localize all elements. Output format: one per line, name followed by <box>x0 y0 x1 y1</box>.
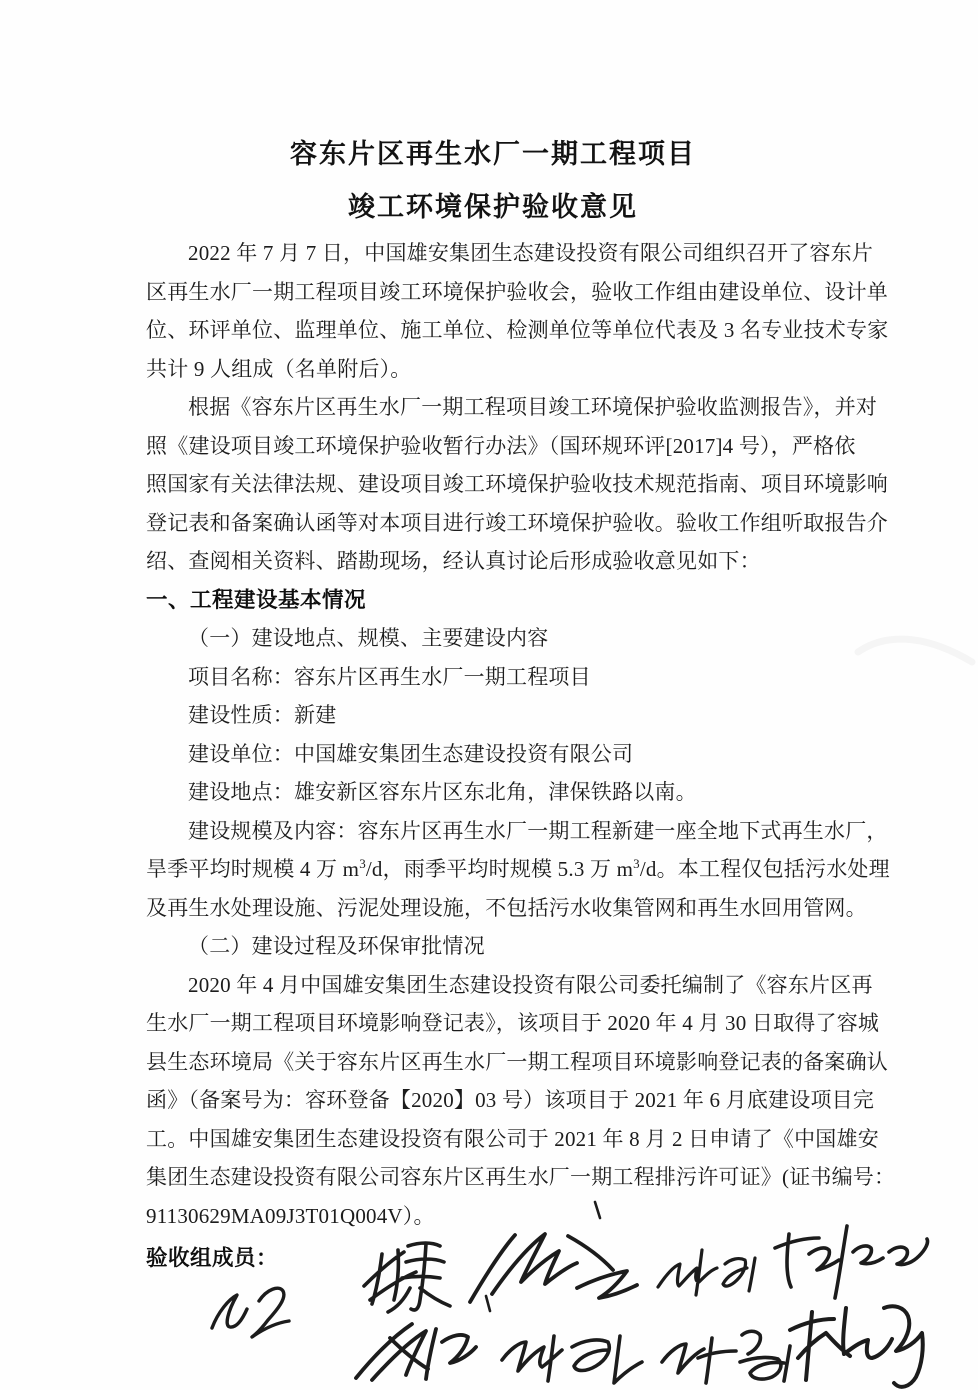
signature-3 <box>470 1234 637 1302</box>
para1-line3: 位、环评单位、监理单位、施工单位、检测单位等单位代表及 3 名专业技术专家 <box>146 311 840 350</box>
approval-line2: 生水厂一期工程项目环境影响登记表》，该项目于 2020 年 4 月 30 日取得… <box>146 1004 840 1043</box>
signature-9 <box>790 1306 923 1387</box>
para2-line2: 照《建设项目竣工环境保护验收暂行办法》（国环规环评[2017]4 号），严格依 <box>146 427 840 466</box>
para2-line1: 根据《容东片区再生水厂一期工程项目竣工环境保护验收监测报告》，并对 <box>146 388 840 427</box>
signature-1 <box>212 1288 289 1337</box>
construction-unit-line: 建设单位：中国雄安集团生态建设投资有限公司 <box>146 735 840 774</box>
pen-tick-1 <box>595 1202 600 1218</box>
doc-title-line1: 容东片区再生水厂一期工程项目 <box>146 132 840 171</box>
scan-smudge-artifact <box>850 600 978 720</box>
para2-line5: 绍、查阅相关资料、踏勘现场，经认真讨论后形成验收意见如下： <box>146 542 840 581</box>
cubic-meter-superscript: 3 <box>633 856 640 871</box>
para2-line4: 登记表和备案确认函等对本项目进行竣工环境保护验收。验收工作组听取报告介 <box>146 504 840 543</box>
construction-nature-line: 建设性质：新建 <box>146 696 840 735</box>
para2-line3: 照国家有关法律法规、建设项目竣工环境保护验收技术规范指南、项目环境影响 <box>146 465 840 504</box>
scale-line3: 及再生水处理设施、污泥处理设施，不包括污水收集管网和再生水回用管网。 <box>146 889 840 928</box>
cubic-meter-superscript: 3 <box>359 856 366 871</box>
signature-5 <box>775 1226 928 1298</box>
section1-heading: 一、工程建设基本情况 <box>146 581 840 620</box>
approval-line1: 2020 年 4 月中国雄安集团生态建设投资有限公司委托编制了《容东片区再 <box>146 966 840 1005</box>
document-body: 2022 年 7 月 7 日，中国雄安集团生态建设投资有限公司组织召开了容东片 … <box>146 234 840 1235</box>
signature-7 <box>502 1336 642 1383</box>
signatures-area <box>140 1190 978 1390</box>
scale-line2: 旱季平均时规模 4 万 m3/d，雨季平均时规模 5.3 万 m3/d。本工程仅… <box>146 850 840 889</box>
scale-line2-seg3: /d。本工程仅包括污水处理 <box>640 857 890 881</box>
para1-line1: 2022 年 7 月 7 日，中国雄安集团生态建设投资有限公司组织召开了容东片 <box>146 234 840 273</box>
construction-location-line: 建设地点：雄安新区容东片区东北角，津保铁路以南。 <box>146 773 840 812</box>
approval-line3: 县生态环境局《关于容东片区再生水厂一期工程项目环境影响登记表的备案确认 <box>146 1043 840 1082</box>
signature-4 <box>658 1250 755 1295</box>
approval-line5: 工。中国雄安集团生态建设投资有限公司于 2021 年 8 月 2 日申请了《中国… <box>146 1120 840 1159</box>
pen-tick-2 <box>486 1296 490 1311</box>
signature-2 <box>364 1243 450 1312</box>
signature-6 <box>356 1324 476 1380</box>
scale-line1: 建设规模及内容：容东片区再生水厂一期工程新建一座全地下式再生水厂， <box>146 812 840 851</box>
signature-8 <box>662 1331 790 1383</box>
doc-title-line2: 竣工环境保护验收意见 <box>146 185 840 224</box>
sub-heading-1: （一）建设地点、规模、主要建设内容 <box>146 619 840 658</box>
project-name-line: 项目名称：容东片区再生水厂一期工程项目 <box>146 658 840 697</box>
para1-line4: 共计 9 人组成（名单附后）。 <box>146 350 840 389</box>
approval-line4: 函》（备案号为：容环登备【2020】03 号）该项目于 2021 年 6 月底建… <box>146 1081 840 1120</box>
sub-heading-2: （二）建设过程及环保审批情况 <box>146 927 840 966</box>
scanned-page: 容东片区再生水厂一期工程项目 竣工环境保护验收意见 2022 年 7 月 7 日… <box>0 0 978 1390</box>
scale-line2-seg1: 旱季平均时规模 4 万 m <box>146 857 359 881</box>
para1-line2: 区再生水厂一期工程项目竣工环境保护验收会，验收工作组由建设单位、设计单 <box>146 273 840 312</box>
scale-line2-seg2: /d，雨季平均时规模 5.3 万 m <box>366 857 633 881</box>
